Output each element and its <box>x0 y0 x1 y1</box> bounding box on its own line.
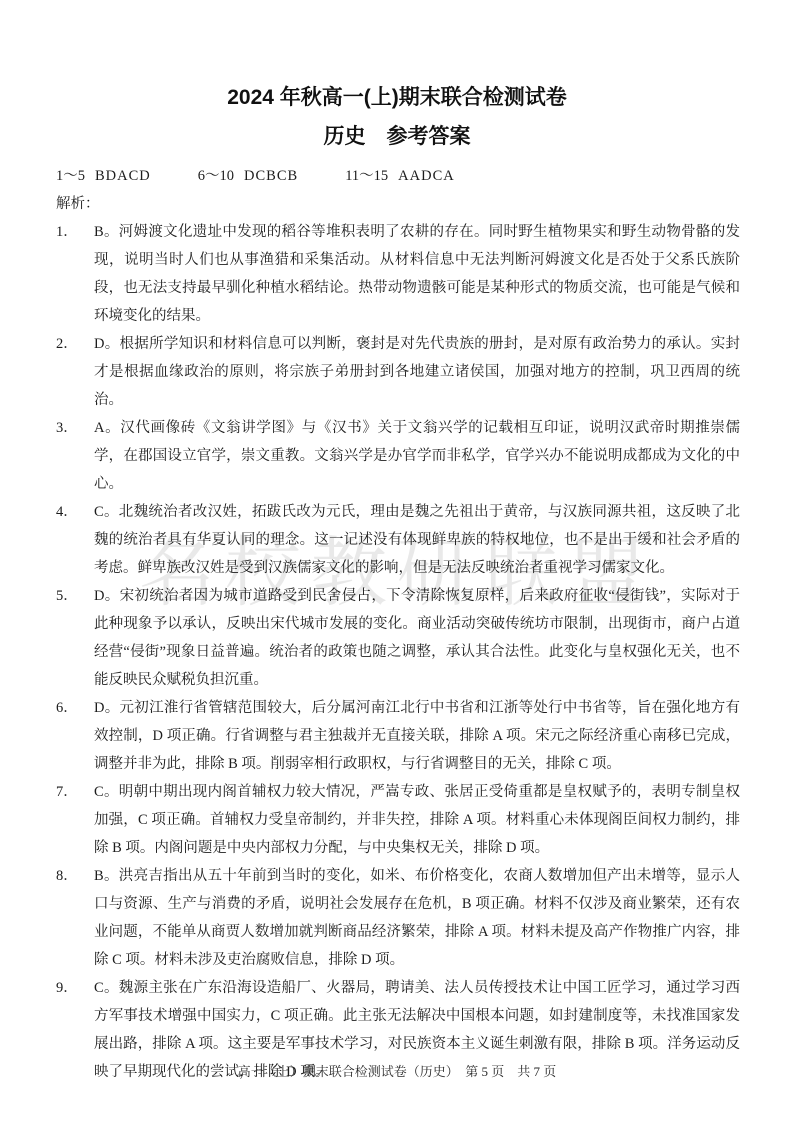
question-item-7: 7．C。明朝中期出现内阁首辅权力较大情况，严嵩专政、张居正受倚重都是皇权赋予的，… <box>56 778 740 862</box>
question-answer: C。 <box>94 504 119 520</box>
answer-key-line: 1～5BDACD 6～10DCBCB 11～15AADCA <box>56 162 740 190</box>
question-number: 4． <box>56 498 94 526</box>
question-answer: B。 <box>94 868 119 884</box>
question-item-5: 5．D。宋初统治者因为城市道路受到民舍侵占，下令清除恢复原样，后来政府征收“侵街… <box>56 582 740 694</box>
page-header: 2024 年秋高一(上)期末联合检测试卷 历史 参考答案 <box>0 0 794 151</box>
answer-range: 11～15 <box>345 168 388 184</box>
question-answer: B。 <box>94 224 119 240</box>
page-subtitle: 历史 参考答案 <box>0 123 794 151</box>
answer-letters: DCBCB <box>244 168 298 184</box>
analysis-label: 解析： <box>56 190 740 218</box>
question-answer: A。 <box>94 420 120 436</box>
question-item-1: 1．B。河姆渡文化遗址中发现的稻谷等堆积表明了农耕的存在。同时野生植物果实和野生… <box>56 218 740 330</box>
answer-range: 1～5 <box>56 168 85 184</box>
question-number: 9． <box>56 974 94 1002</box>
question-answer: C。 <box>94 784 119 800</box>
question-item-6: 6．D。元初江淮行省管辖范围较大，后分属河南江北行中书省和江浙等处行中书省等，旨… <box>56 694 740 778</box>
answer-range: 6～10 <box>198 168 234 184</box>
answer-group-6-10: 6～10DCBCB <box>198 162 298 190</box>
question-item-8: 8．B。洪亮吉指出从五十年前到当时的变化，如米、布价格变化，农商人数增加但产出未… <box>56 862 740 974</box>
question-number: 1． <box>56 218 94 246</box>
question-explanation: 北魏统治者改汉姓，拓跋氏改为元氏，理由是魏之先祖出于黄帝，与汉族同源共祖，这反映… <box>94 504 740 576</box>
question-answer: D。 <box>94 336 120 352</box>
answer-content: 1～5BDACD 6～10DCBCB 11～15AADCA 解析： 1．B。河姆… <box>56 162 740 1086</box>
answer-group-1-5: 1～5BDACD <box>56 162 151 190</box>
question-number: 5． <box>56 582 94 610</box>
answer-group-11-15: 11～15AADCA <box>345 162 455 190</box>
question-number: 3． <box>56 414 94 442</box>
question-answer: C。 <box>94 980 119 996</box>
question-item-2: 2．D。根据所学知识和材料信息可以判断，褒封是对先代贵族的册封，是对原有政治势力… <box>56 330 740 414</box>
question-explanation: 宋初统治者因为城市道路受到民舍侵占，下令清除恢复原样，后来政府征收“侵街钱”，实… <box>94 588 740 688</box>
question-answer: D。 <box>94 588 120 604</box>
question-number: 8． <box>56 862 94 890</box>
question-number: 7． <box>56 778 94 806</box>
question-number: 6． <box>56 694 94 722</box>
question-explanation: 洪亮吉指出从五十年前到当时的变化，如米、布价格变化，农商人数增加但产出未增等，显… <box>94 868 740 968</box>
question-item-3: 3．A。汉代画像砖《文翁讲学图》与《汉书》关于文翁兴学的记载相互印证，说明汉武帝… <box>56 414 740 498</box>
exam-answer-page: 名校教研联盟 2024 年秋高一(上)期末联合检测试卷 历史 参考答案 1～5B… <box>0 0 794 1123</box>
question-item-4: 4．C。北魏统治者改汉姓，拓跋氏改为元氏，理由是魏之先祖出于黄帝，与汉族同源共祖… <box>56 498 740 582</box>
question-explanation: 明朝中期出现内阁首辅权力较大情况，严嵩专政、张居正受倚重都是皇权赋予的，表明专制… <box>94 784 740 856</box>
answer-letters: BDACD <box>95 168 151 184</box>
question-explanation: 河姆渡文化遗址中发现的稻谷等堆积表明了农耕的存在。同时野生植物果实和野生动物骨骼… <box>94 224 740 324</box>
page-footer: 高一（上）期末联合检测试卷（历史） 第 5 页 共 7 页 <box>0 1058 794 1086</box>
page-title: 2024 年秋高一(上)期末联合检测试卷 <box>0 84 794 112</box>
question-explanation: 元初江淮行省管辖范围较大，后分属河南江北行中书省和江浙等处行中书省等，旨在强化地… <box>94 700 740 772</box>
question-answer: D。 <box>94 700 120 716</box>
question-explanation: 汉代画像砖《文翁讲学图》与《汉书》关于文翁兴学的记载相互印证，说明汉武帝时期推崇… <box>94 420 740 492</box>
answer-letters: AADCA <box>398 168 455 184</box>
question-number: 2． <box>56 330 94 358</box>
question-explanation: 根据所学知识和材料信息可以判断，褒封是对先代贵族的册封，是对原有政治势力的承认。… <box>94 336 740 408</box>
